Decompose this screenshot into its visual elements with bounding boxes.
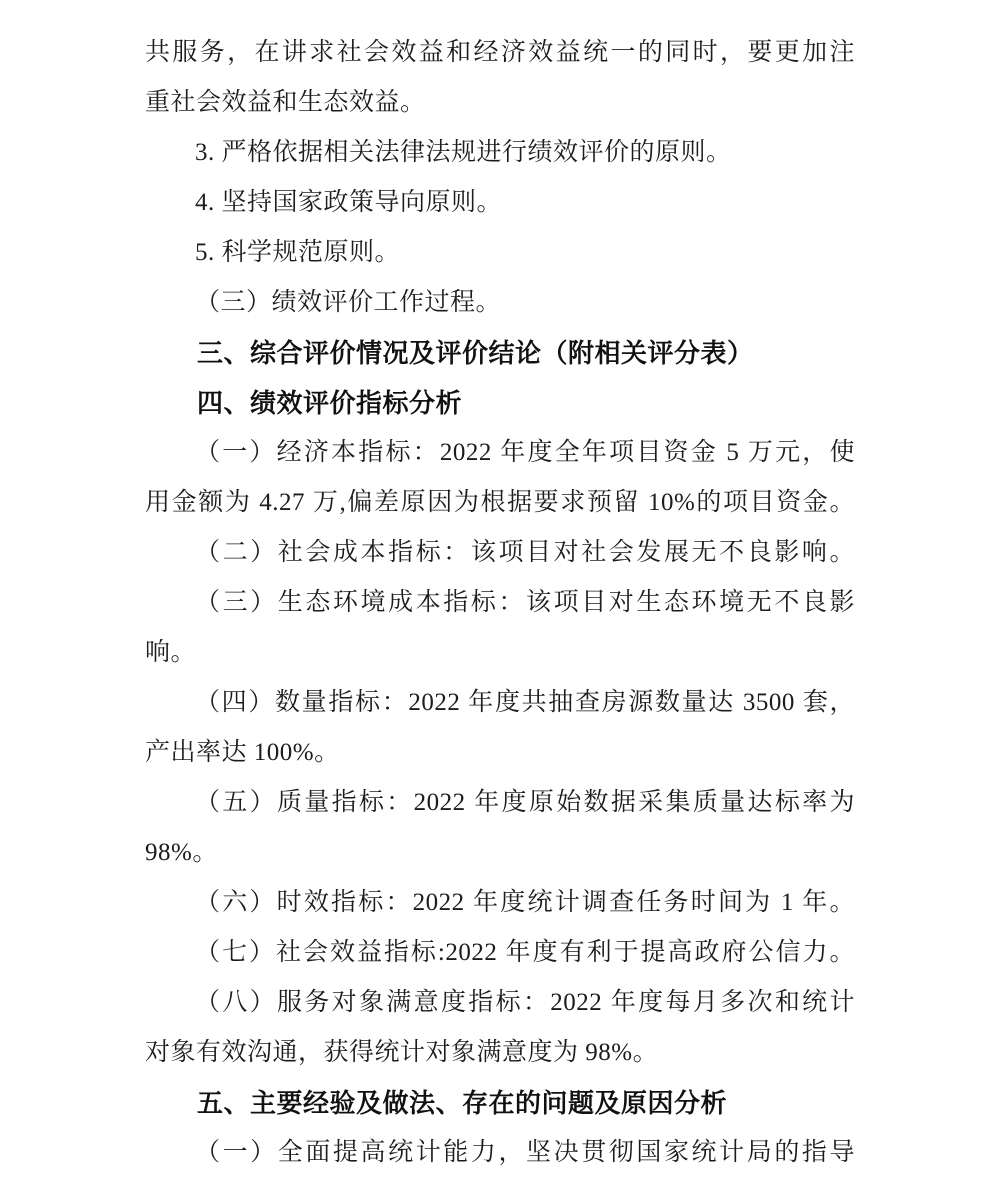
section-heading: 四、绩效评价指标分析 (145, 378, 855, 428)
list-item: 4. 坚持国家政策导向原则。 (145, 178, 855, 228)
section-heading: 五、主要经验及做法、存在的问题及原因分析 (145, 1078, 855, 1128)
paragraph-line: 用金额为 4.27 万,偏差原因为根据要求预留 10%的项目资金。 (145, 478, 855, 528)
paragraph-line: 对象有效沟通，获得统计对象满意度为 98%。 (145, 1028, 855, 1078)
paragraph-line: （七）社会效益指标:2022 年度有利于提高政府公信力。 (145, 928, 855, 978)
section-heading: 三、综合评价情况及评价结论（附相关评分表） (145, 328, 855, 378)
paragraph-line: 重社会效益和生态效益。 (145, 78, 855, 128)
paragraph-line: （四）数量指标：2022 年度共抽查房源数量达 3500 套， (145, 678, 855, 728)
paragraph-line: 98%。 (145, 828, 855, 878)
paragraph-line: （二）社会成本指标：该项目对社会发展无不良影响。 (145, 528, 855, 578)
paragraph-line: （一）经济本指标：2022 年度全年项目资金 5 万元，使 (145, 428, 855, 478)
document-page: 共服务，在讲求社会效益和经济效益统一的同时，要更加注 重社会效益和生态效益。 3… (0, 0, 1000, 1201)
paragraph-line: （一）全面提高统计能力，坚决贯彻国家统计局的指导 (145, 1128, 855, 1178)
paragraph-line: （三）生态环境成本指标：该项目对生态环境无不良影 (145, 578, 855, 628)
paragraph-line: （三）绩效评价工作过程。 (145, 278, 855, 328)
paragraph-line: 响。 (145, 628, 855, 678)
paragraph-line: （六）时效指标：2022 年度统计调查任务时间为 1 年。 (145, 878, 855, 928)
paragraph-line: 共服务，在讲求社会效益和经济效益统一的同时，要更加注 (145, 28, 855, 78)
paragraph-line: 产出率达 100%。 (145, 728, 855, 778)
paragraph-line: （五）质量指标：2022 年度原始数据采集质量达标率为 (145, 778, 855, 828)
list-item: 3. 严格依据相关法律法规进行绩效评价的原则。 (145, 128, 855, 178)
paragraph-line: （八）服务对象满意度指标：2022 年度每月多次和统计 (145, 978, 855, 1028)
list-item: 5. 科学规范原则。 (145, 228, 855, 278)
